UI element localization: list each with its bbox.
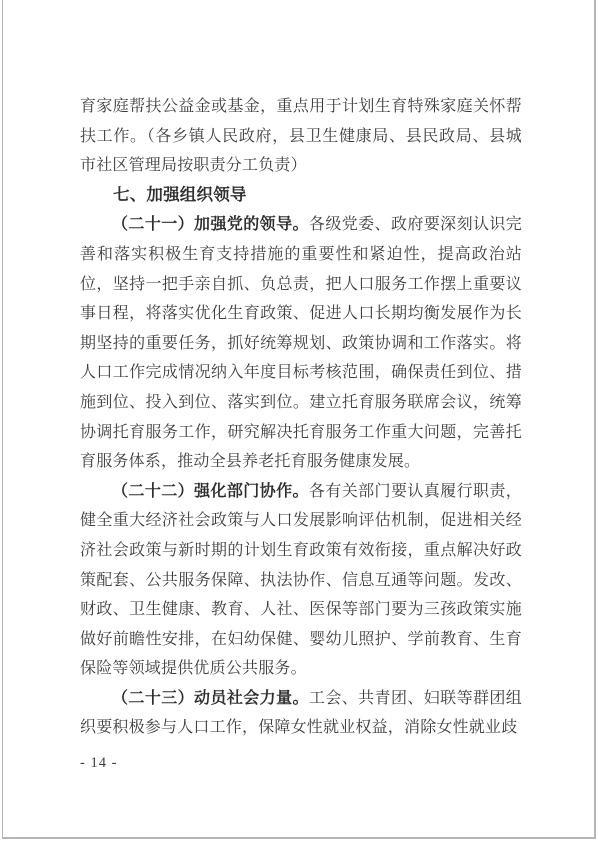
paragraph-item-21-lead: （二十一）加强党的领导。 (112, 216, 309, 233)
paragraph-item-22-text: 各有关部门要认真履行职责，健全重大经济社会政策与人口发展影响评估机制，促进相关经… (80, 483, 522, 678)
page-number: - 14 - (80, 749, 522, 779)
paragraph-item-22-lead: （二十二）强化部门协作。 (112, 483, 309, 500)
paragraph-item-21-text: 各级党委、政府要深刻认识完善和落实积极生育支持措施的重要性和紧迫性，提高政治站位… (80, 216, 522, 470)
document-page: 育家庭帮扶公益金或基金，重点用于计划生育特殊家庭关怀帮扶工作。（各乡镇人民政府，… (2, 0, 596, 839)
paragraph-item-21: （二十一）加强党的领导。各级党委、政府要深刻认识完善和落实积极生育支持措施的重要… (80, 210, 522, 476)
section-heading: 七、加强组织领导 (80, 181, 522, 211)
page-content: 育家庭帮扶公益金或基金，重点用于计划生育特殊家庭关怀帮扶工作。（各乡镇人民政府，… (80, 92, 522, 779)
paragraph-item-23-lead: （二十三）动员社会力量。 (112, 690, 309, 707)
paragraph-item-23: （二十三）动员社会力量。工会、共青团、妇联等群团组织要积极参与人口工作，保障女性… (80, 684, 522, 743)
paragraph-continuation: 育家庭帮扶公益金或基金，重点用于计划生育特殊家庭关怀帮扶工作。（各乡镇人民政府，… (80, 92, 522, 181)
document-viewport: 育家庭帮扶公益金或基金，重点用于计划生育特殊家庭关怀帮扶工作。（各乡镇人民政府，… (0, 0, 598, 841)
paragraph-item-22: （二十二）强化部门协作。各有关部门要认真履行职责，健全重大经济社会政策与人口发展… (80, 477, 522, 684)
